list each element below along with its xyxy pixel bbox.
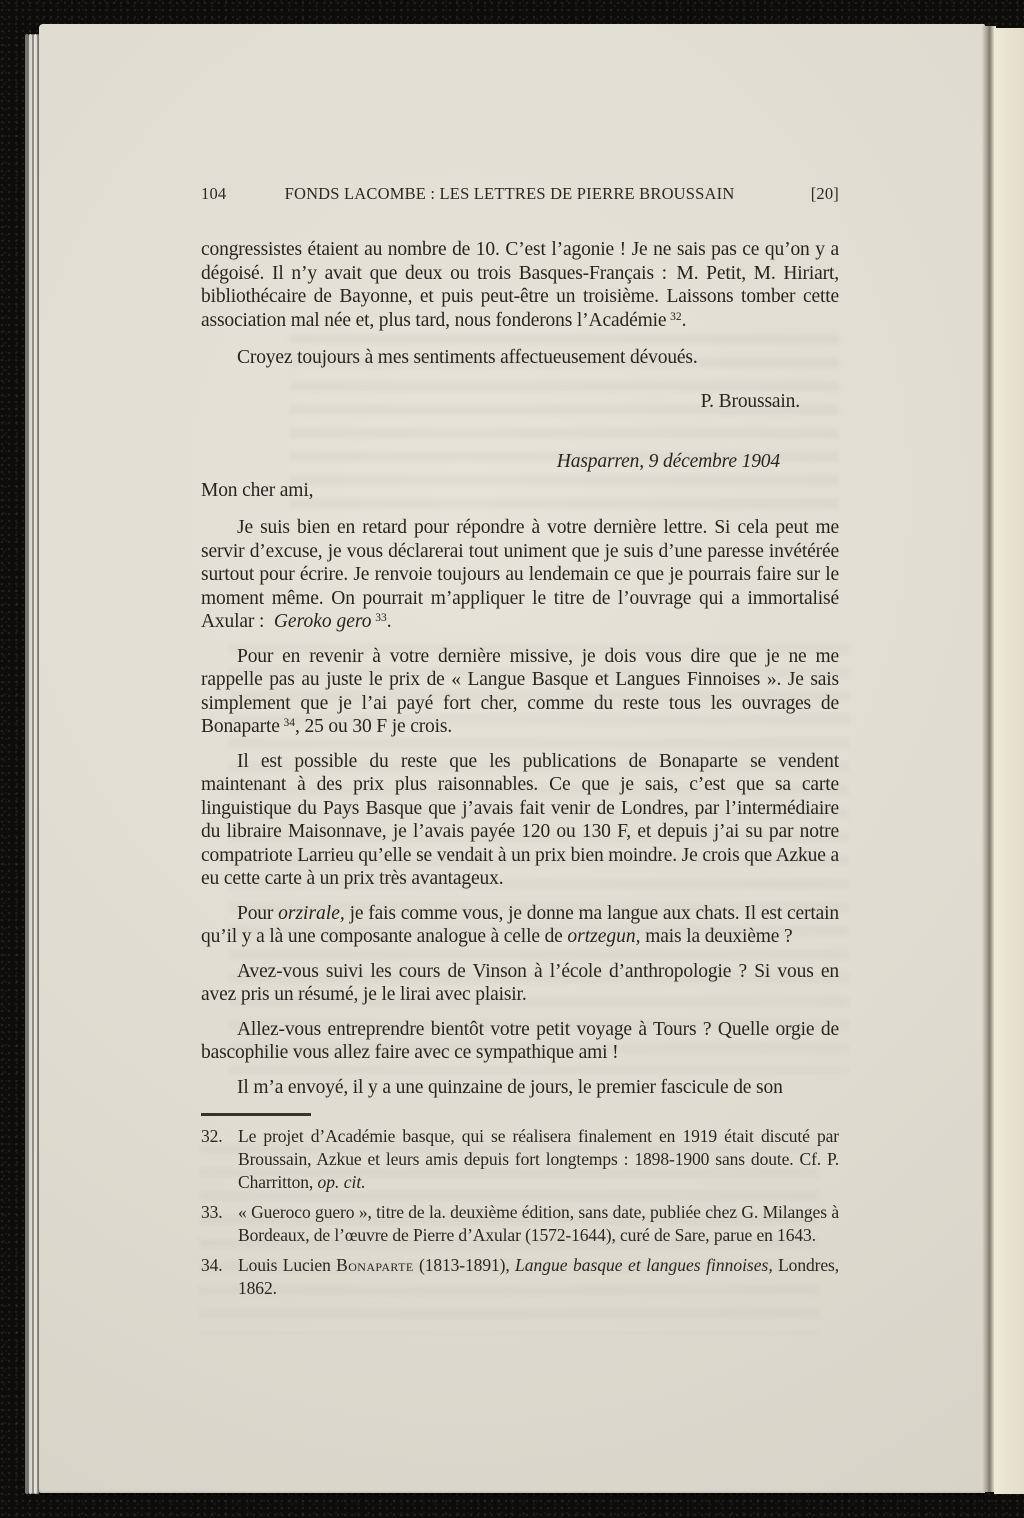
- letter-paragraph: Pour en revenir à votre dernière missive…: [201, 645, 839, 739]
- letter-paragraph: Avez-vous suivi les cours de Vinson à l’…: [201, 960, 839, 1007]
- text-column: 104 FONDS LACOMBE : LES LETTRES DE PIERR…: [201, 182, 839, 1300]
- letter-paragraph: Allez-vous entreprendre bientôt votre pe…: [201, 1018, 839, 1065]
- letter-paragraph: Il m’a envoyé, il y a une quinzaine de j…: [201, 1076, 839, 1100]
- running-title: FONDS LACOMBE : LES LETTRES DE PIERRE BR…: [226, 182, 810, 206]
- footnote-list: 32.Le projet d’Académie basque, qui se r…: [201, 1125, 839, 1300]
- facing-page-edge: [994, 28, 1024, 1494]
- running-head: 104 FONDS LACOMBE : LES LETTRES DE PIERR…: [201, 182, 839, 206]
- footnote-number: 33.: [201, 1201, 238, 1224]
- footnote-rule: [201, 1113, 311, 1116]
- footnote: 33.« Gueroco guero », titre de la. deuxi…: [201, 1201, 839, 1247]
- footnote-number: 34.: [201, 1254, 238, 1277]
- page-number: 104: [201, 182, 226, 206]
- footnote-number: 32.: [201, 1125, 238, 1148]
- letter-body: Je suis bien en retard pour répondre à v…: [201, 516, 839, 1099]
- letter-ending: congressistes étaient au nombre de 10. C…: [201, 238, 839, 370]
- letter-dateline: Hasparren, 9 décembre 1904: [201, 450, 839, 474]
- letter-paragraph: Il est possible du reste que les publica…: [201, 750, 839, 891]
- letter-salutation: Mon cher ami,: [201, 479, 839, 503]
- letter-issue-ref: [20]: [811, 182, 839, 206]
- letter-paragraph: Croyez toujours à mes sentiments affectu…: [201, 346, 839, 370]
- letter-paragraph: Pour orzirale, je fais comme vous, je do…: [201, 902, 839, 949]
- letter-paragraph: congressistes étaient au nombre de 10. C…: [201, 238, 839, 332]
- letter-paragraph: Je suis bien en retard pour répondre à v…: [201, 516, 839, 634]
- footnote: 34.Louis Lucien Bonaparte (1813-1891), L…: [201, 1254, 839, 1300]
- letter-signature: P. Broussain.: [201, 390, 839, 414]
- footnote: 32.Le projet d’Académie basque, qui se r…: [201, 1125, 839, 1194]
- book-page: 104 FONDS LACOMBE : LES LETTRES DE PIERR…: [39, 24, 985, 1491]
